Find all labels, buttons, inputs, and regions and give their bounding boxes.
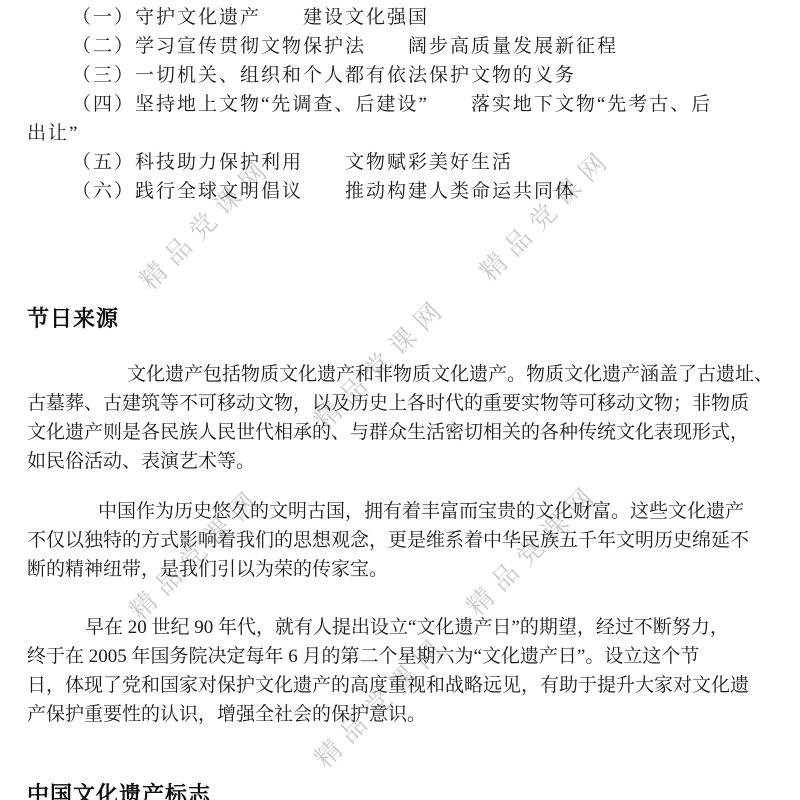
paragraph-heritage-definition: 文化遗产包括物质文化遗产和非物质文化遗产。物质文化遗产涵盖了古遗址、 古墓葬、古… [27, 360, 789, 476]
slogan-list: （一）守护文化遗产 建设文化强国 （二）学习宣传贯彻文物保护法 阔步高质量发展新… [27, 3, 789, 206]
list-item-6: （六）践行全球文明倡议 推动构建人类命运共同体 [27, 177, 789, 206]
list-item-2: （二）学习宣传贯彻文物保护法 阔步高质量发展新征程 [27, 32, 789, 61]
list-item-1: （一）守护文化遗产 建设文化强国 [27, 3, 789, 32]
list-item-3: （三）一切机关、组织和个人都有依法保护文物的义务 [27, 61, 789, 90]
section-heading-festival-origin: 节日来源 [27, 307, 119, 331]
paragraph-china-civilization: 中国作为历史悠久的文明古国，拥有着丰富而宝贵的文化财富。这些文化遗产 不仅以独特… [27, 497, 789, 584]
section-heading-heritage-logo: 中国文化遗产标志 [27, 783, 211, 800]
document-page: 精品党课网 精品党课网 精品党课网 精品党课网 精品党课网 精品党课网 （一）守… [0, 0, 800, 800]
list-item-4: （四）坚持地上文物“先调查、后建设” 落实地下文物“先考古、后 出让” [27, 90, 789, 148]
list-item-5: （五）科技助力保护利用 文物赋彩美好生活 [27, 148, 789, 177]
paragraph-festival-establishment: 早在 20 世纪 90 年代，就有人提出设立“文化遗产日”的期望，经过不断努力，… [27, 613, 789, 729]
